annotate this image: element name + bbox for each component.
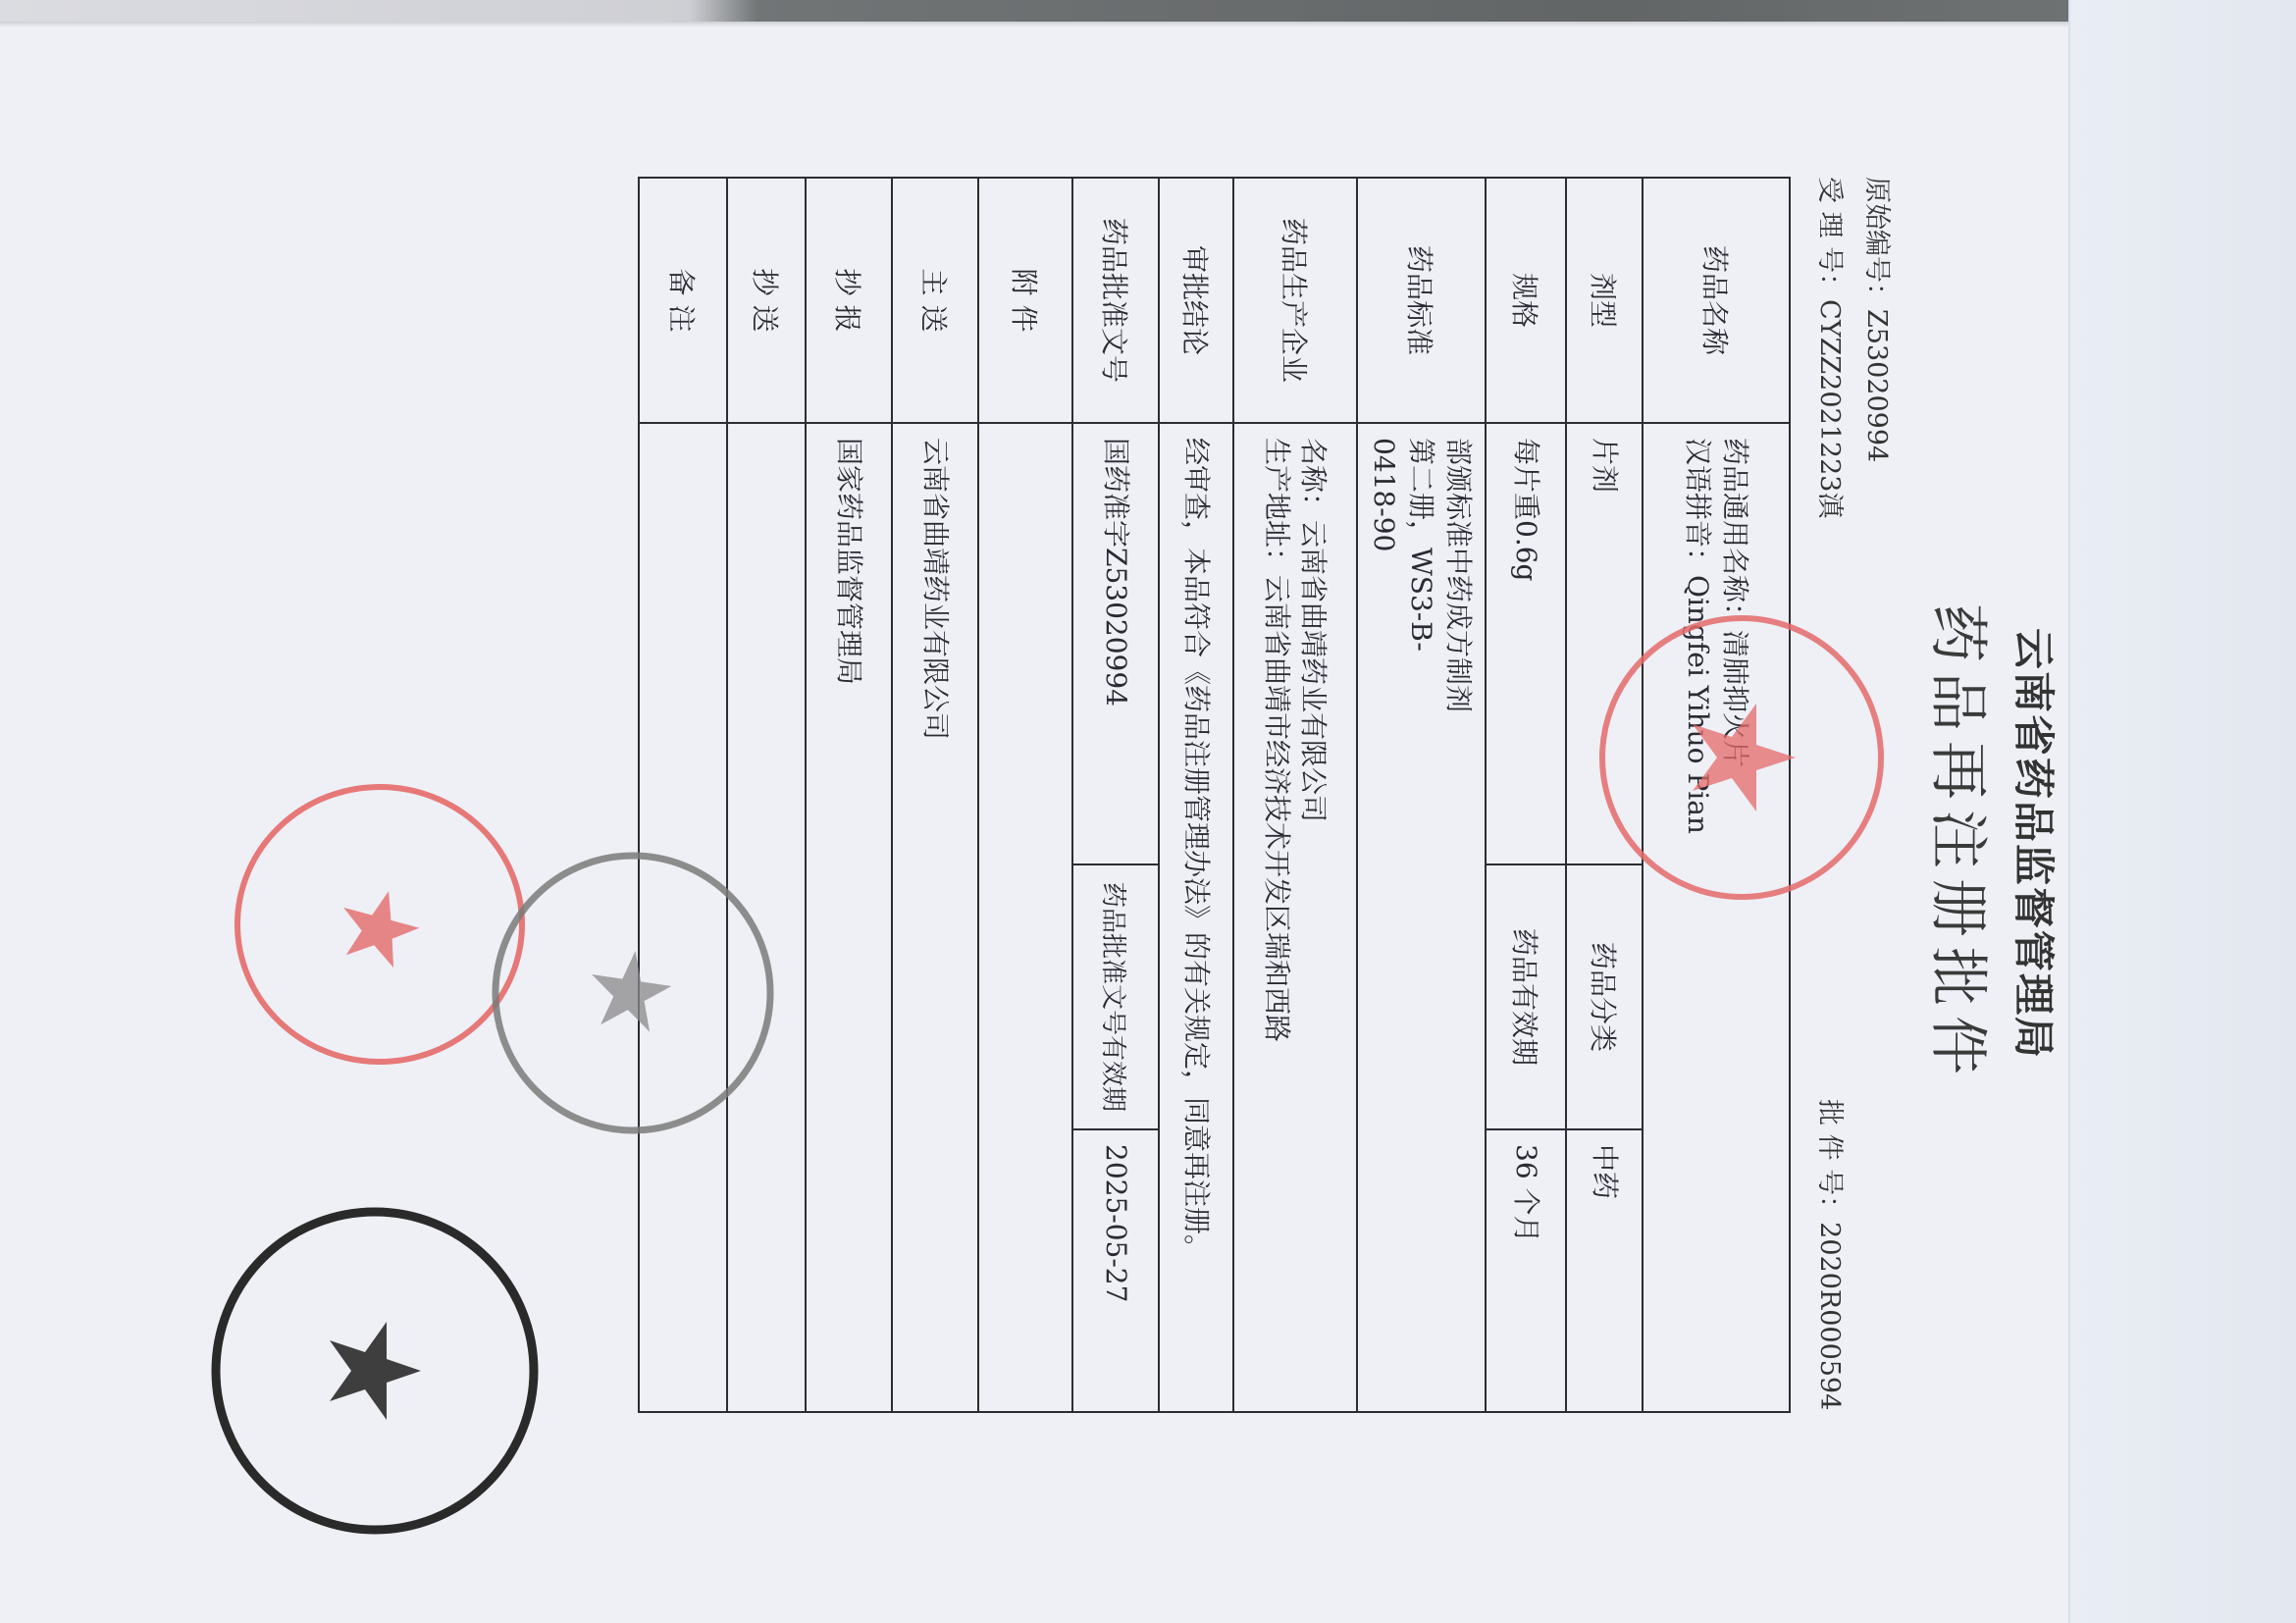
drug-name-label: 药品名称 xyxy=(1643,178,1790,423)
seal-star-icon xyxy=(206,1202,545,1541)
approval-number: 批 件 号：2020R000594 xyxy=(1813,1099,1852,1410)
seal-star-icon xyxy=(1594,610,1889,905)
drug-name-value: 药品通用名称：清肺抑火片 汉语拼音：Qingfei Yihuo Pian xyxy=(1643,423,1790,1412)
conclusion-value: 经审查，本品符合《药品注册管理办法》的有关规定，同意再注册。 xyxy=(1159,423,1233,1412)
table-row: 药品批准文号 国药准字Z53020994 药品批准文号有效期 2025-05-2… xyxy=(1072,178,1159,1412)
document-title: 药品再注册批件 xyxy=(1920,157,2005,1531)
table-row: 抄 送 xyxy=(727,178,806,1412)
spec-value: 每片重0.6g xyxy=(1486,423,1566,864)
table-row: 抄 报 国家药品监督管理局 xyxy=(806,178,892,1412)
table-row: 附 件 xyxy=(978,178,1072,1412)
attachment-value xyxy=(978,423,1072,1412)
shelf-life-label: 药品有效期 xyxy=(1486,864,1566,1129)
approval-doc-label: 药品批准文号 xyxy=(1072,178,1159,423)
main-recipient-value: 云南省曲靖药业有限公司 xyxy=(892,423,978,1412)
page-margin-strip xyxy=(2068,0,2296,1623)
original-number: 原始编号：Z53020994 xyxy=(1860,177,1899,462)
conclusion-label: 审批结论 xyxy=(1159,178,1233,423)
regulator-seal xyxy=(206,1202,545,1541)
table-row: 规格 每片重0.6g 药品有效期 36 个月 xyxy=(1486,178,1566,1412)
manufacturer-seal xyxy=(1594,610,1889,905)
category-value: 中药 xyxy=(1566,1129,1643,1412)
approval-validity-value: 2025-05-27 xyxy=(1072,1129,1159,1412)
table-row: 备 注 xyxy=(639,178,727,1412)
approval-doc-value: 国药准字Z53020994 xyxy=(1072,423,1159,864)
seal-star-icon xyxy=(486,846,780,1140)
manufacturer-address: 云南省曲靖市经济技术开发区瑞和西路 xyxy=(1261,575,1293,1042)
dosage-form-label: 剂型 xyxy=(1566,178,1643,423)
standard-value: 部颁标准中药成方制剂第二册，WS3-B-0418-90 xyxy=(1357,423,1486,1412)
table-row: 药品标准 部颁标准中药成方制剂第二册，WS3-B-0418-90 xyxy=(1357,178,1486,1412)
attachment-label: 附 件 xyxy=(978,178,1072,423)
table-row: 审批结论 经审查，本品符合《药品注册管理办法》的有关规定，同意再注册。 xyxy=(1159,178,1233,1412)
manufacturer-label: 药品生产企业 xyxy=(1233,178,1357,423)
manufacturer-value: 名称：云南省曲靖药业有限公司 生产地址：云南省曲靖市经济技术开发区瑞和西路 xyxy=(1233,423,1357,1412)
table-row: 药品生产企业 名称：云南省曲靖药业有限公司 生产地址：云南省曲靖市经济技术开发区… xyxy=(1233,178,1357,1412)
standard-label: 药品标准 xyxy=(1357,178,1486,423)
manufacturer-official-seal xyxy=(486,846,780,1140)
report-to-value: 国家药品监督管理局 xyxy=(806,423,892,1412)
report-to-label: 抄 报 xyxy=(806,178,892,423)
spec-label: 规格 xyxy=(1486,178,1566,423)
approval-validity-label: 药品批准文号有效期 xyxy=(1072,864,1159,1129)
manufacturer-name: 云南省曲靖药业有限公司 xyxy=(1297,520,1330,822)
main-recipient-label: 主 送 xyxy=(892,178,978,423)
issuer-heading: 云南省药品监督管理局 xyxy=(2007,157,2065,1531)
table-row: 主 送 云南省曲靖药业有限公司 xyxy=(892,178,978,1412)
acceptance-number: 受 理 号：CYZZ2021223滇 xyxy=(1813,177,1852,518)
copy-to-label: 抄 送 xyxy=(727,178,806,423)
remarks-label: 备 注 xyxy=(639,178,727,423)
scan-edge-artifact xyxy=(0,0,2296,22)
shelf-life-value: 36 个月 xyxy=(1486,1129,1566,1412)
